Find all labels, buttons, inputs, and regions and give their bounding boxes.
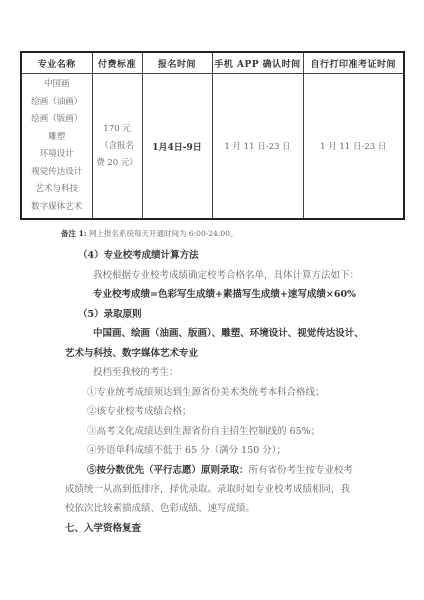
fee-line: 170 元 <box>93 121 142 138</box>
majors-cell: 中国画 绘画（油画） 绘画（版画） 雕塑 环境设计 视觉传达设计 艺术与科技 数… <box>21 74 92 220</box>
section5-majors-line2: 艺术与科技、数字媒体艺术专业 <box>65 345 198 359</box>
major-item: 艺术与科技 <box>22 181 92 199</box>
criteria-item: ②该专业校考成绩合格； <box>87 403 192 417</box>
header-app-confirm-time: 手机 APP 确认时间 <box>212 52 303 74</box>
criteria-item: ①专业统考成绩须达到生源省份美术类统考本科合格线； <box>87 384 325 398</box>
section5-majors-line1: 中国画、绘画（油画、版画）、雕塑、环境设计、视觉传达设计、 <box>93 325 364 339</box>
table-header-row: 专业名称 付费标准 报名时间 手机 APP 确认时间 自行打印准考证时间 <box>21 52 404 74</box>
major-item: 视觉传达设计 <box>22 164 92 182</box>
app-confirm-time-cell: 1 月 11 日-23 日 <box>212 74 303 220</box>
print-ticket-time-cell: 1 月 11 日-23 日 <box>303 74 404 220</box>
criteria-item-5-label: ⑤按分数优先（平行志愿）原则录取： <box>87 465 249 476</box>
criteria-item: ④外语单科成绩不低于 65 分（满分 150 分）； <box>87 442 286 456</box>
header-registration-time: 报名时间 <box>142 52 212 74</box>
criteria-item-5-text: 所有省份考生按专业校考 <box>249 465 354 476</box>
criteria-item-5-cont: 成绩统一从高到低排序，择优录取。录取时如专业校考成绩相同，我 <box>65 481 350 495</box>
header-print-ticket-time: 自行打印准考证时间 <box>303 52 404 74</box>
major-item: 绘画（油画） <box>22 94 92 112</box>
section7-heading: 七、入学资格复查 <box>65 520 141 534</box>
criteria-item-5: ⑤按分数优先（平行志愿）原则录取：所有省份考生按专业校考 <box>87 462 353 476</box>
major-item: 绘画（版画） <box>22 111 92 129</box>
major-item: 环境设计 <box>22 146 92 164</box>
exam-schedule-table: 专业名称 付费标准 报名时间 手机 APP 确认时间 自行打印准考证时间 中国画… <box>20 51 405 220</box>
section4-heading: （4）专业校考成绩计算方法 <box>78 247 199 261</box>
table-row: 中国画 绘画（油画） 绘画（版画） 雕塑 环境设计 视觉传达设计 艺术与科技 数… <box>21 74 404 220</box>
fee-cell: 170 元 （含报名 费 20 元） <box>92 74 142 220</box>
note-label: 备注 1: <box>61 229 87 238</box>
major-item: 中国画 <box>22 76 92 94</box>
major-item: 雕塑 <box>22 129 92 147</box>
fee-line: （含报名 <box>93 138 142 155</box>
note-text: 网上报名系统每天开通时间为 6:00-24:00。 <box>89 229 237 238</box>
header-fee: 付费标准 <box>92 52 142 74</box>
section5-heading: （5）录取原则 <box>78 306 142 320</box>
criteria-item: ③高考文化成绩达到生源省份自主招生控制线的 65%； <box>87 423 320 437</box>
criteria-item-5-cont: 校依次比较素描成绩、色彩成绩、速写成绩。 <box>65 500 255 514</box>
note-line: 备注 1: 网上报名系统每天开通时间为 6:00-24:00。 <box>61 228 237 239</box>
section5-intro: 投档至我校的考生： <box>93 364 179 378</box>
header-major: 专业名称 <box>21 52 92 74</box>
registration-time-cell: 1月4日-9日 <box>142 74 212 220</box>
section4-formula: 专业校考成绩=色彩写生成绩+素描写生成绩+速写成绩×60% <box>93 286 356 300</box>
fee-line: 费 20 元） <box>93 155 142 172</box>
section4-intro: 我校根据专业校考成绩确定校考合格名单，具体计算方法如下： <box>93 267 359 281</box>
major-item: 数字媒体艺术 <box>22 199 92 217</box>
